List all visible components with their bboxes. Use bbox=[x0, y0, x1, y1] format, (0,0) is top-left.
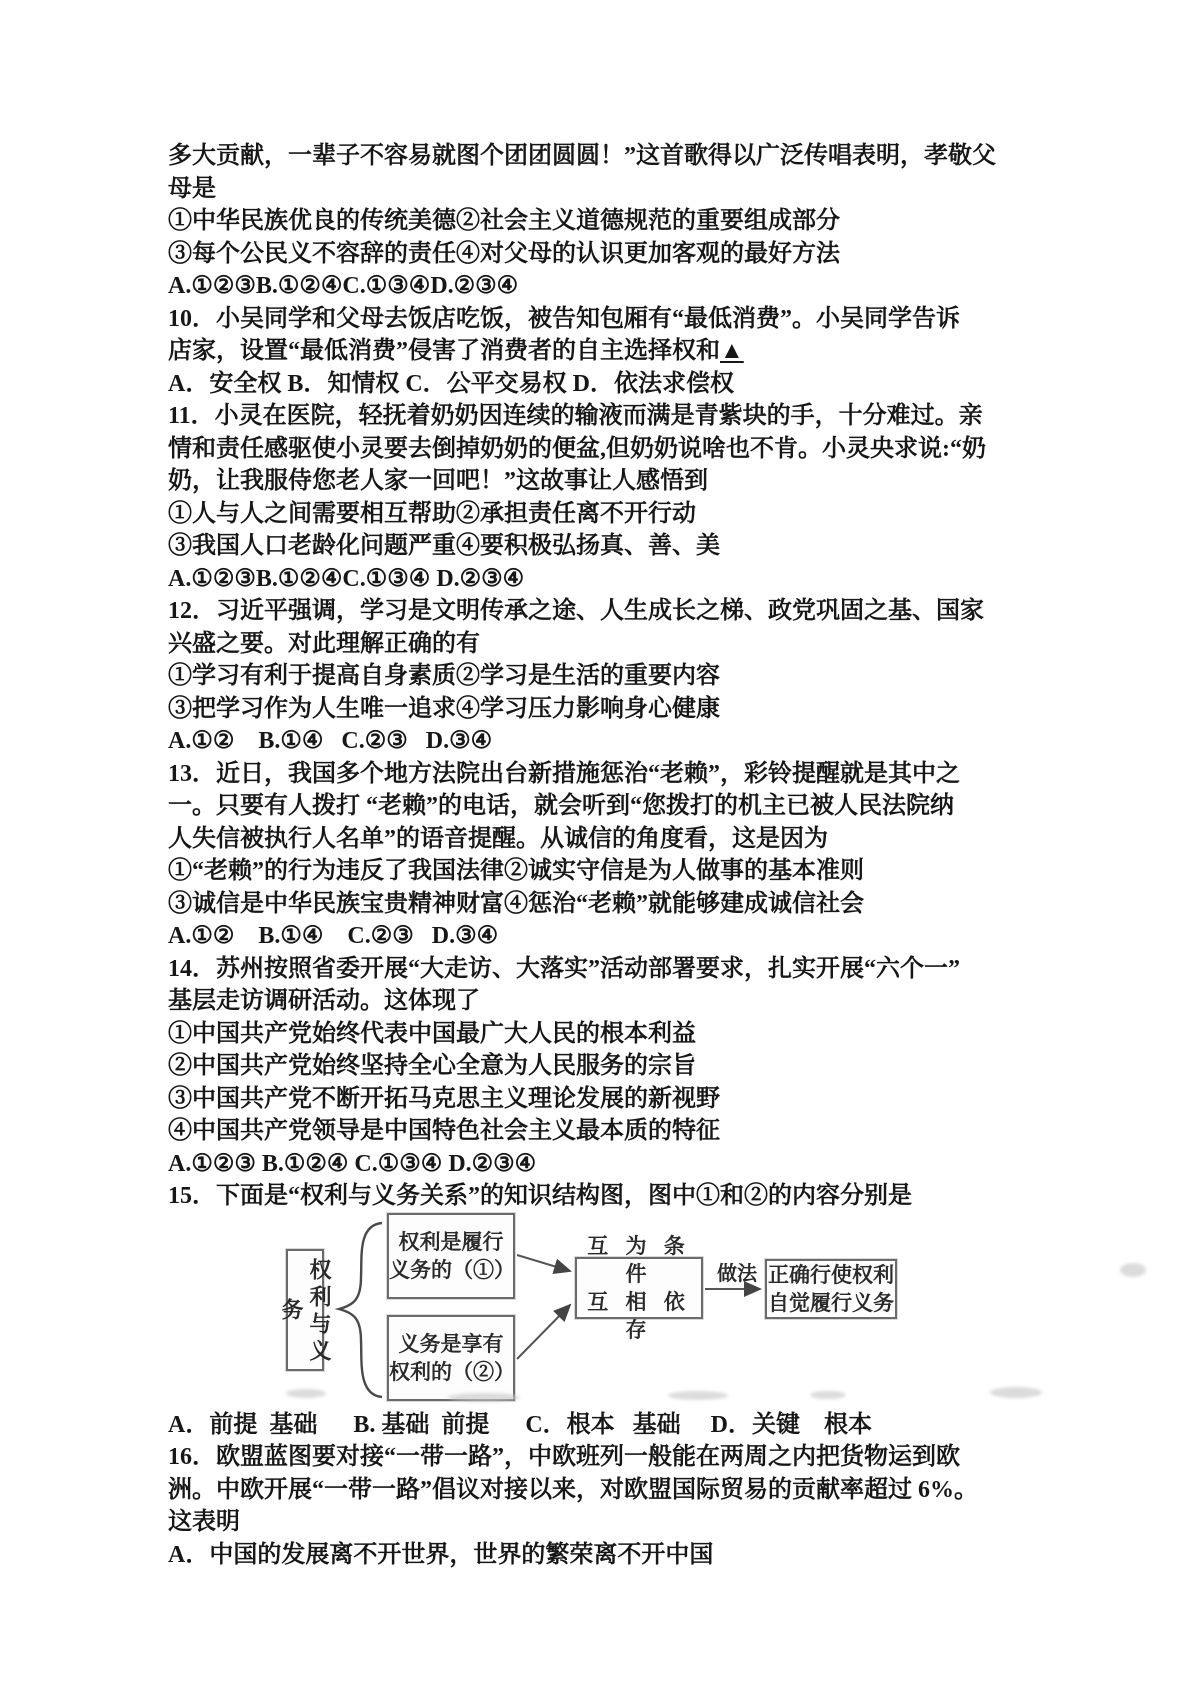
text-line: A．中国的发展离不开世界，世界的繁荣离不开中国 bbox=[168, 1539, 1073, 1572]
text-line: 12．习近平强调，学习是文明传承之途、人生成长之梯、政党巩固之基、国家 bbox=[168, 595, 1073, 628]
scan-smudge bbox=[286, 1389, 326, 1398]
text-line: ②中国共产党始终坚持全心全意为人民服务的宗旨 bbox=[168, 1050, 1073, 1083]
text-line: 情和责任感驱使小灵要去倒掉奶奶的便盆,但奶奶说啥也不肯。小灵央求说:“奶 bbox=[168, 433, 1073, 466]
text-line: ④中国共产党领导是中国特色社会主义最本质的特征 bbox=[168, 1115, 1073, 1148]
question-text-lower: A．前提 基础 B. 基础 前提 C．根本 基础 D．关键 根本16．欧盟蓝图要… bbox=[168, 1409, 1073, 1572]
text-line: 人失信被执行人名单”的语音提醒。从诚信的角度看，这是因为 bbox=[168, 823, 1073, 856]
text-line: 15．下面是“权利与义务关系”的知识结构图，图中①和②的内容分别是 bbox=[168, 1180, 1073, 1213]
diagram-root-box: 权利与义务 bbox=[286, 1249, 324, 1371]
diagram-center-box-line1: 互 为 条 件 bbox=[577, 1232, 701, 1288]
text-line: ③把学习作为人生唯一追求④学习压力影响身心健康 bbox=[168, 693, 1073, 726]
text-line: 10．小吴同学和父母去饭店吃饭，被告知包厢有“最低消费”。小吴同学告诉 bbox=[168, 303, 1073, 336]
scan-smudge bbox=[668, 1391, 728, 1400]
question-text-upper: 多大贡献，一辈子不容易就图个团团圆圆！”这首歌得以广泛传唱表明，孝敬父母是①中华… bbox=[168, 140, 1073, 1213]
text-line: ①中华民族优良的传统美德②社会主义道德规范的重要组成部分 bbox=[168, 205, 1073, 238]
text-line: 14．苏州按照省委开展“大走访、大落实”活动部署要求，扎实开展“六个一” bbox=[168, 953, 1073, 986]
diagram-right-box: 正确行使权利 自觉履行义务 bbox=[765, 1259, 897, 1319]
text-line: 11．小灵在医院，轻抚着奶奶因连续的输液而满是青紫块的手，十分难过。亲 bbox=[168, 400, 1073, 433]
diagram-top-box-line1: 权利是履行 bbox=[399, 1228, 504, 1256]
diagram-top-box-line2: 义务的（①） bbox=[389, 1256, 513, 1284]
diagram-right-box-line1: 正确行使权利 bbox=[768, 1261, 894, 1289]
diagram-top-box: 权利是履行 义务的（①） bbox=[387, 1213, 515, 1299]
text-line: 奶，让我服侍您老人家一回吧！”这故事让人感悟到 bbox=[168, 465, 1073, 498]
scan-smudge bbox=[448, 1393, 520, 1402]
diagram-right-box-line2: 自觉履行义务 bbox=[768, 1289, 894, 1317]
text-line: ③中国共产党不断开拓马克思主义理论发展的新视野 bbox=[168, 1083, 1073, 1116]
diagram-bottom-box: 义务是享有 权利的（②） bbox=[387, 1315, 515, 1401]
scan-smudge bbox=[810, 1391, 846, 1399]
text-line: 13．近日，我国多个地方法院出台新措施惩治“老赖”，彩铃提醒就是其中之 bbox=[168, 758, 1073, 791]
text-line: A．安全权 B．知情权 C．公平交易权 D．依法求偿权 bbox=[168, 368, 1073, 401]
text-line: 母是 bbox=[168, 173, 1073, 206]
text-line: 兴盛之要。对此理解正确的有 bbox=[168, 628, 1073, 661]
diagram-root-label: 权利与义务 bbox=[277, 1255, 333, 1369]
text-line: ①学习有利于提高自身素质②学习是生活的重要内容 bbox=[168, 660, 1073, 693]
text-line: 洲。中欧开展“一带一路”倡议对接以来，对欧盟国际贸易的贡献率超过 6%。 bbox=[168, 1474, 1073, 1507]
text-line: 店家，设置“最低消费”侵害了消费者的自主选择权和▲ bbox=[168, 335, 1073, 368]
text-line: 基层走访调研活动。这体现了 bbox=[168, 985, 1073, 1018]
diagram-center-box-line2: 互 相 依 存 bbox=[577, 1288, 701, 1344]
scan-smudge bbox=[990, 1387, 1042, 1398]
diagram-center-box: 互 为 条 件 互 相 依 存 bbox=[575, 1257, 703, 1319]
diagram-bottom-box-line1: 义务是享有 bbox=[399, 1330, 504, 1358]
text-line: 多大贡献，一辈子不容易就图个团团圆圆！”这首歌得以广泛传唱表明，孝敬父 bbox=[168, 140, 1073, 173]
text-line: ③诚信是中华民族宝贵精神财富④惩治“老赖”就能够建成诚信社会 bbox=[168, 888, 1073, 921]
exam-page: 多大贡献，一辈子不容易就图个团团圆圆！”这首歌得以广泛传唱表明，孝敬父母是①中华… bbox=[0, 0, 1200, 1698]
text-line: ③每个公民义不容辞的责任④对父母的认识更加客观的最好方法 bbox=[168, 238, 1073, 271]
text-line: ③我国人口老龄化问题严重④要积极弘扬真、善、美 bbox=[168, 530, 1073, 563]
text-line: ①“老赖”的行为违反了我国法律②诚实守信是为人做事的基本准则 bbox=[168, 855, 1073, 888]
text-line: A.①②③B.①②④C.①③④ D.②③④ bbox=[168, 563, 1073, 596]
text-line: A.①② B.①④ C.②③ D.③④ bbox=[168, 725, 1073, 758]
text-line: A.①② B.①④ C.②③ D.③④ bbox=[168, 920, 1073, 953]
diagram-bottom-box-line2: 权利的（②） bbox=[389, 1358, 513, 1386]
text-line: ①人与人之间需要相互帮助②承担责任离不开行动 bbox=[168, 498, 1073, 531]
scan-smudge bbox=[1120, 1263, 1146, 1277]
text-line: ①中国共产党始终代表中国最广大人民的根本利益 bbox=[168, 1018, 1073, 1051]
text-line: 16．欧盟蓝图要对接“一带一路”，中欧班列一般能在两周之内把货物运到欧 bbox=[168, 1441, 1073, 1474]
text-line: 一。只要有人拨打 “老赖”的电话，就会听到“您拨打的机主已被人民法院纳 bbox=[168, 790, 1073, 823]
text-line: A.①②③B.①②④C.①③④D.②③④ bbox=[168, 270, 1073, 303]
text-line: A．前提 基础 B. 基础 前提 C．根本 基础 D．关键 根本 bbox=[168, 1409, 1073, 1442]
text-line: A.①②③ B.①②④ C.①③④ D.②③④ bbox=[168, 1148, 1073, 1181]
exam-content: 多大贡献，一辈子不容易就图个团团圆圆！”这首歌得以广泛传唱表明，孝敬父母是①中华… bbox=[168, 140, 1073, 1571]
brace-glyph bbox=[339, 1223, 382, 1397]
diagram-arrow-label: 做法 bbox=[709, 1257, 765, 1286]
rights-duties-diagram: 权利与义务 权利是履行 义务的（①） 义务是享有 权利的（②） 互 为 条 件 … bbox=[168, 1213, 1073, 1409]
text-line: 这表明 bbox=[168, 1506, 1073, 1539]
